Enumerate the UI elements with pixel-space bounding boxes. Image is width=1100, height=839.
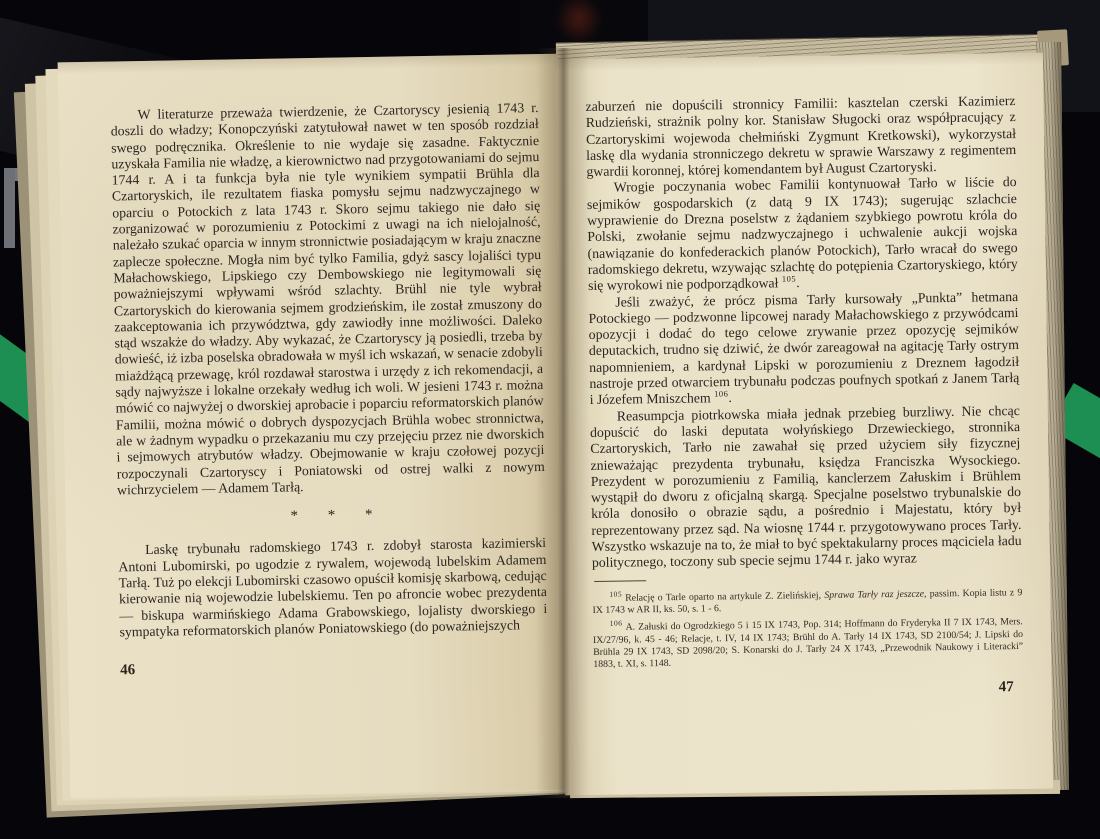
open-book-photo: W literaturze przeważa twierdzenie, że C… xyxy=(0,0,1100,839)
paragraph-text: Wrogie poczynania wobec Familii kontynuo… xyxy=(587,174,1018,293)
right-page-paragraph-1: zaburzeń nie dopuścili stronnicy Familii… xyxy=(585,93,1016,180)
left-page-text-column: W literaturze przeważa twierdzenie, że C… xyxy=(110,100,548,679)
page-number-right: 47 xyxy=(594,679,1024,701)
left-page-paragraph-2: Laskę trybunału radomskiego 1743 r. zdob… xyxy=(118,535,548,640)
paragraph-text: Jeśli zważyć, że prócz pisma Tarły kurso… xyxy=(588,289,1019,408)
background-red-glow xyxy=(556,0,602,44)
right-page: zaburzeń nie dopuścili stronnicy Familii… xyxy=(555,53,1053,796)
footnote-italic-title: Sprawa Tarły raz jeszcze, xyxy=(824,588,926,600)
right-page-paragraph-3: Jeśli zważyć, że prócz pisma Tarły kurso… xyxy=(588,289,1020,409)
footnote-105: 105Relację o Tarle oparto na artykule Z.… xyxy=(592,583,1022,618)
left-page: W literaturze przeważa twierdzenie, że C… xyxy=(58,54,571,799)
background-gray-shape xyxy=(4,168,15,248)
footnote-marker: 106 xyxy=(610,619,623,628)
right-page-paragraph-2: Wrogie poczynania wobec Familii kontynuo… xyxy=(587,174,1019,294)
footnote-separator-rule xyxy=(594,580,646,582)
right-page-paragraph-4: Reasumpcja piotrkowska miała jednak prze… xyxy=(590,403,1022,572)
footnote-text: A. Załuski do Ogrodzkiego 5 i 15 IX 1743… xyxy=(593,617,1023,671)
paragraph-text: . xyxy=(796,275,800,290)
section-separator-asterisks: * * * xyxy=(117,504,545,528)
page-number-left: 46 xyxy=(120,655,548,679)
book-gutter-shadow xyxy=(536,48,590,798)
footnote-marker: 105 xyxy=(609,589,622,598)
left-page-paragraph-1: W literaturze przeważa twierdzenie, że C… xyxy=(110,100,545,499)
footnote-reference-106: 106 xyxy=(714,389,728,399)
footnote-reference-105: 105 xyxy=(782,274,796,284)
right-page-text-column: zaburzeń nie dopuścili stronnicy Familii… xyxy=(585,93,1023,702)
paragraph-text: . xyxy=(728,390,732,405)
footnote-106: 106A. Załuski do Ogrodzkiego 5 i 15 IX 1… xyxy=(593,612,1024,671)
footnote-text: Relację o Tarle oparto na artykule Z. Zi… xyxy=(625,590,824,604)
